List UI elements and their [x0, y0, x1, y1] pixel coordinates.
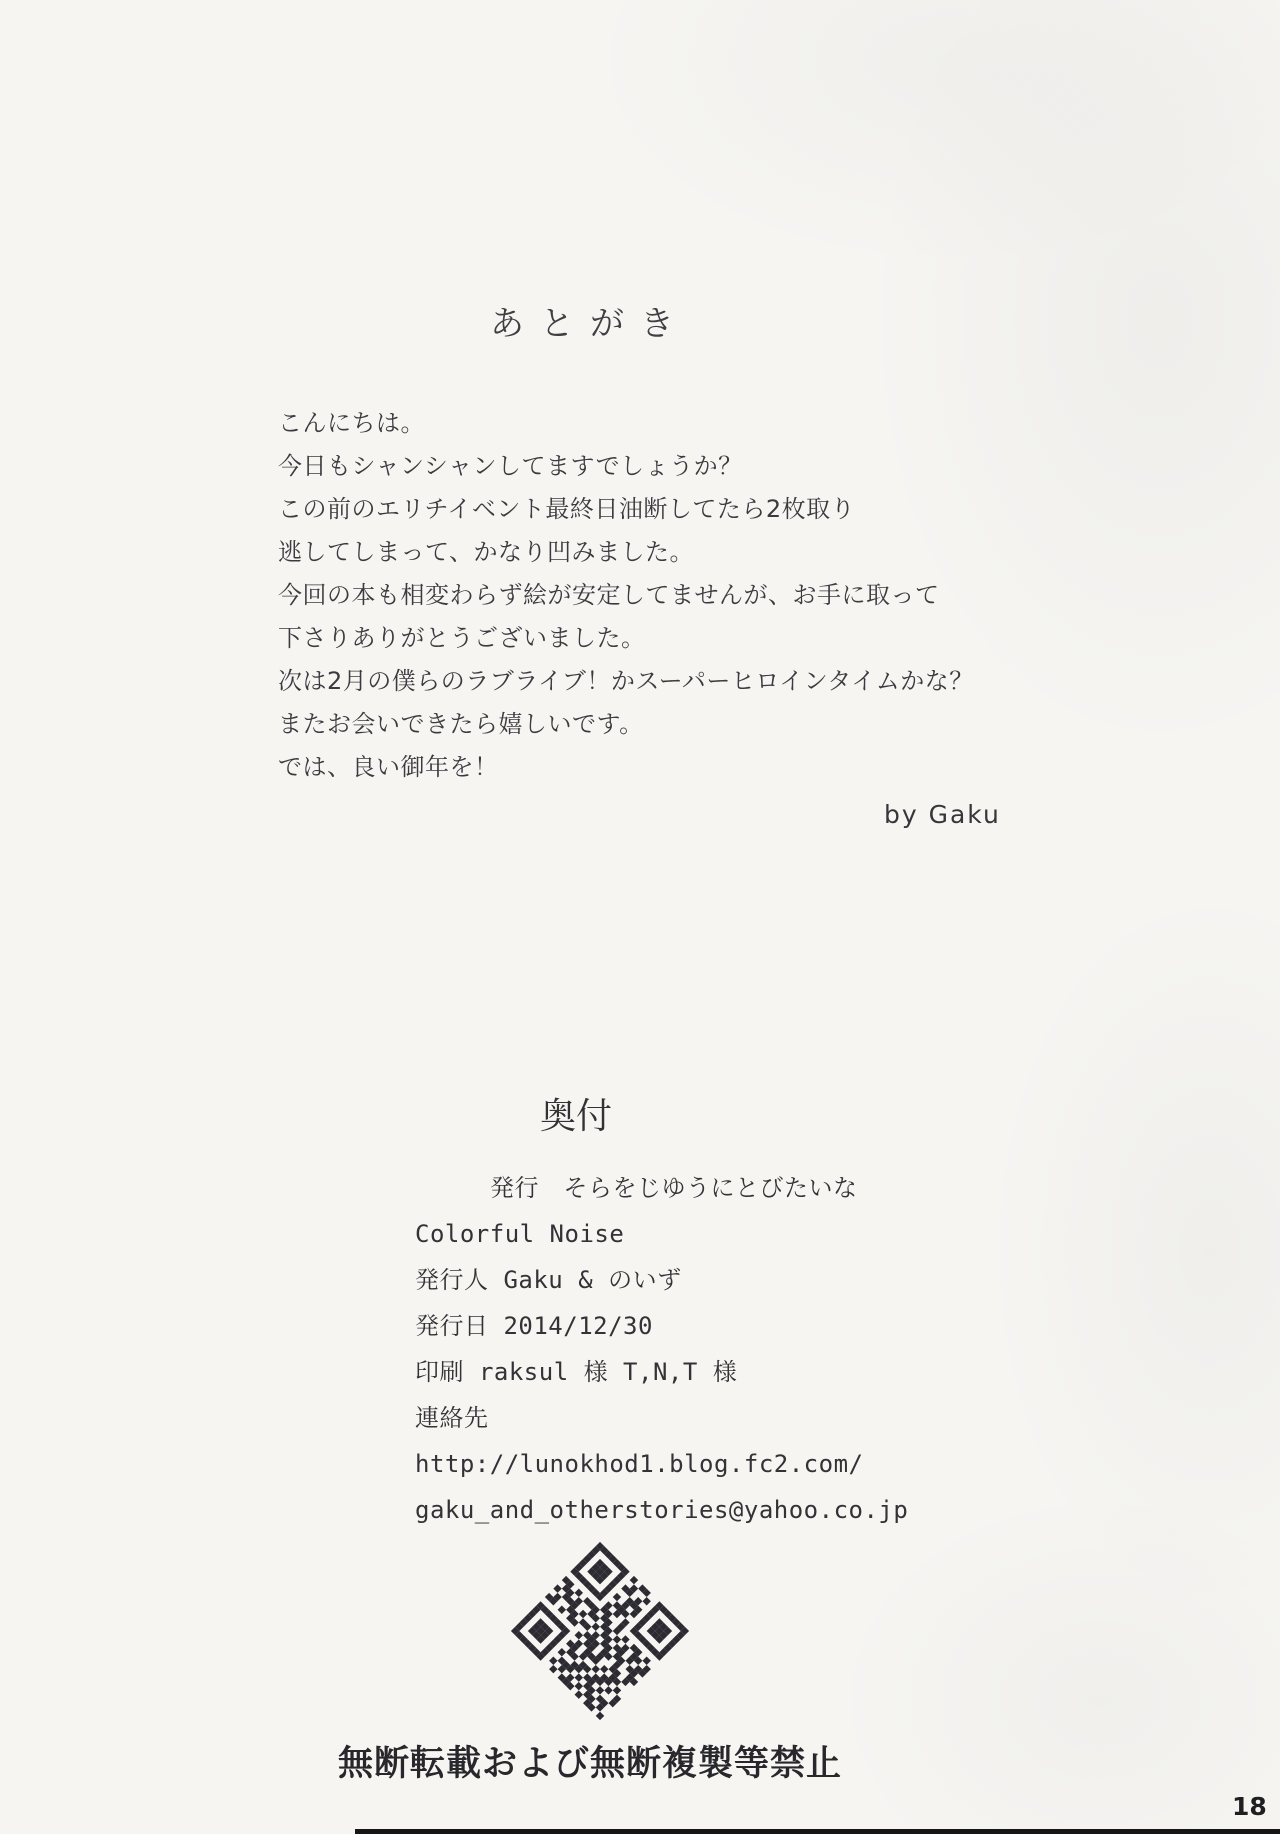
colophon-line: 発行 そらをじゆうにとびたいな: [415, 1165, 855, 1211]
qr-code-icon: [511, 1542, 689, 1720]
afterword-line: こんにちは。: [278, 402, 1038, 445]
qr-code: [511, 1542, 689, 1720]
colophon-lines: 発行 そらをじゆうにとびたいなColorful Noise発行人 Gaku & …: [415, 1165, 855, 1533]
colophon-section: 奥付 発行 そらをじゆうにとびたいなColorful Noise発行人 Gaku…: [415, 1088, 855, 1533]
colophon-line: 印刷 raksul 様 T,N,T 様: [415, 1349, 855, 1395]
colophon-line: 発行人 Gaku & のいず: [415, 1257, 855, 1303]
colophon-title: 奥付: [540, 1088, 855, 1139]
afterword-signature: by Gaku: [884, 800, 1001, 829]
colophon-line: 発行日 2014/12/30: [415, 1303, 855, 1349]
afterword-line: またお会いできたら嬉しいです。: [278, 703, 1038, 746]
afterword-line: 今回の本も相変わらず絵が安定してませんが、お手に取って: [278, 574, 1038, 617]
afterword-line: この前のエリチイベント最終日油断してたら2枚取り: [278, 488, 1038, 531]
afterword-title: あとがき: [490, 296, 690, 345]
afterword-body: こんにちは。今日もシャンシャンしてますでしょうか？この前のエリチイベント最終日油…: [278, 402, 1038, 789]
colophon-line: Colorful Noise: [415, 1211, 855, 1257]
afterword-line: 今日もシャンシャンしてますでしょうか？: [278, 445, 1038, 488]
afterword-line: では、良い御年を！: [278, 746, 1038, 789]
afterword-line: 下さりありがとうございました。: [278, 617, 1038, 660]
colophon-line: 連絡先: [415, 1395, 855, 1441]
afterword-line: 次は2月の僕らのラブライブ！かスーパーヒロインタイムかな？: [278, 660, 1038, 703]
afterword-line: 逃してしまって、かなり凹みました。: [278, 531, 1038, 574]
scanned-page: あとがき こんにちは。今日もシャンシャンしてますでしょうか？この前のエリチイベン…: [0, 0, 1280, 1834]
colophon-line: http://lunokhod1.blog.fc2.com/: [415, 1441, 855, 1487]
scan-edge-artifact: [355, 1829, 1280, 1834]
page-number: 18: [1232, 1792, 1267, 1821]
copyright-notice: 無断転載および無断複製等禁止: [338, 1736, 842, 1786]
colophon-line: gaku_and_otherstories@yahoo.co.jp: [415, 1487, 855, 1533]
